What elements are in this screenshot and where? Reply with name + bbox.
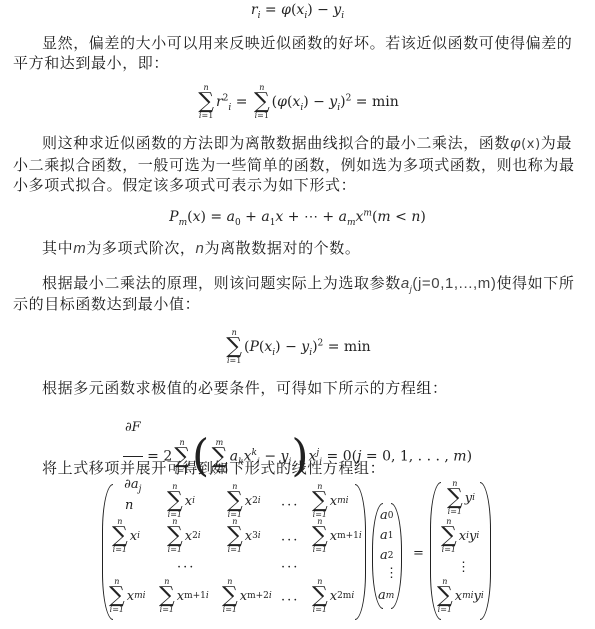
sum-symbol: n∑i=1 <box>198 84 214 120</box>
equals-sign: = <box>413 546 424 561</box>
equation-sum-squares: n∑i=1r2i = n∑i=1(φ(xi) − yi)2 = min <box>0 80 595 124</box>
text-before: 根据最小二乘法的原理，则该问题实际上为选取参数 <box>42 274 401 292</box>
var-m: m <box>73 240 86 257</box>
matrix-dots: ··· <box>281 533 299 548</box>
sum-symbol: n∑i=1 <box>226 329 242 365</box>
matrix-cell: n∑i=1xm+2i <box>220 578 272 614</box>
matrix-cell: n∑i=1x3i <box>225 518 261 554</box>
var-a: a <box>401 275 410 292</box>
paragraph-linear-system: 将上式移项并展开可得到如下形式的线性方程组： <box>42 458 582 478</box>
matrix-cell: n∑i=1xi <box>110 518 140 554</box>
min-label: min <box>372 94 399 110</box>
text-prefix: 其中 <box>42 239 73 257</box>
paragraph-text: 显然，偏差的大小可以用来反映近似函数的好坏。若该近似函数可使得偏差的平方和达到最… <box>13 34 572 72</box>
rhs-vdots: ⋮ <box>457 560 470 575</box>
rhs-cell: n∑i=1xiyi <box>439 518 479 554</box>
paragraph-definitions: 其中m为多项式阶次，n为离散数据对的个数。 <box>42 238 582 259</box>
text-before: 则这种求近似函数的方法即为离散数据曲线拟合的最小二乘法，函数 <box>42 134 510 152</box>
sum-symbol: n∑i=1 <box>254 84 270 120</box>
matrix-cell: n∑i=1x2i <box>165 518 201 554</box>
rhs-cell: n∑i=1xmiyi <box>435 578 484 614</box>
equation-residual: ri = φ(xi) − yi <box>0 2 595 18</box>
unknown-am: am <box>378 588 394 603</box>
equation-objective: n∑i=1(P(xi) − yi)2 = min <box>0 325 595 369</box>
matrix-dots: ··· <box>281 560 299 575</box>
text-mid: 为多项式阶次， <box>86 239 195 257</box>
paragraph-text: 根据多元函数求极值的必要条件，可得如下所示的方程组： <box>42 379 448 397</box>
text-suffix: 为离散数据对的个数。 <box>204 239 360 257</box>
matrix-cell: n∑i=1xmi <box>310 483 349 519</box>
matrix-cell: n∑i=1xm+1i <box>310 518 362 554</box>
matrix-dots: ··· <box>281 498 299 513</box>
paragraph-deviation: 显然，偏差的大小可以用来反映近似函数的好坏。若该近似函数可使得偏差的平方和达到最… <box>13 33 578 73</box>
equation-normal-matrix: n n∑i=1xi n∑i=1x2i ··· n∑i=1xmi n∑i=1xi … <box>95 478 515 626</box>
phi-arg: (x) <box>521 137 541 152</box>
unknown-vdots: ⋮ <box>385 566 398 581</box>
unknown-a1: a1 <box>380 528 394 543</box>
matrix-cell: n∑i=1xmi <box>107 578 146 614</box>
paragraph-conditions: 根据多元函数求极值的必要条件，可得如下所示的方程组： <box>42 378 582 398</box>
min-label: min <box>344 339 371 355</box>
matrix-cell: n∑i=1x2mi <box>310 578 354 614</box>
condition: (j=0,1,...,m) <box>412 275 496 292</box>
matrix-dots: ··· <box>177 560 195 575</box>
unknown-a0: a0 <box>380 508 394 523</box>
paragraph-text: 将上式移项并展开可得到如下形式的线性方程组： <box>42 459 385 477</box>
matrix-cell: n∑i=1xi <box>165 483 195 519</box>
phi-symbol: φ <box>510 134 521 152</box>
paragraph-least-squares: 则这种求近似函数的方法即为离散数据曲线拟合的最小二乘法，函数φ(x)为最小二乘拟… <box>13 133 578 195</box>
matrix-cell: n <box>125 498 133 513</box>
matrix-cell: n∑i=1xm+1i <box>157 578 209 614</box>
equation-polynomial: Pm(x) = a0 + a1x + ⋯ + amxm(m < n) <box>0 209 595 225</box>
rhs-cell: n∑i=1yi <box>445 480 475 516</box>
matrix-cell: n∑i=1x2i <box>225 483 261 519</box>
matrix-dots: ··· <box>281 593 299 608</box>
unknown-a2: a2 <box>380 548 394 563</box>
paragraph-principle: 根据最小二乘法的原理，则该问题实际上为选取参数aj(j=0,1,...,m)使得… <box>13 273 578 314</box>
